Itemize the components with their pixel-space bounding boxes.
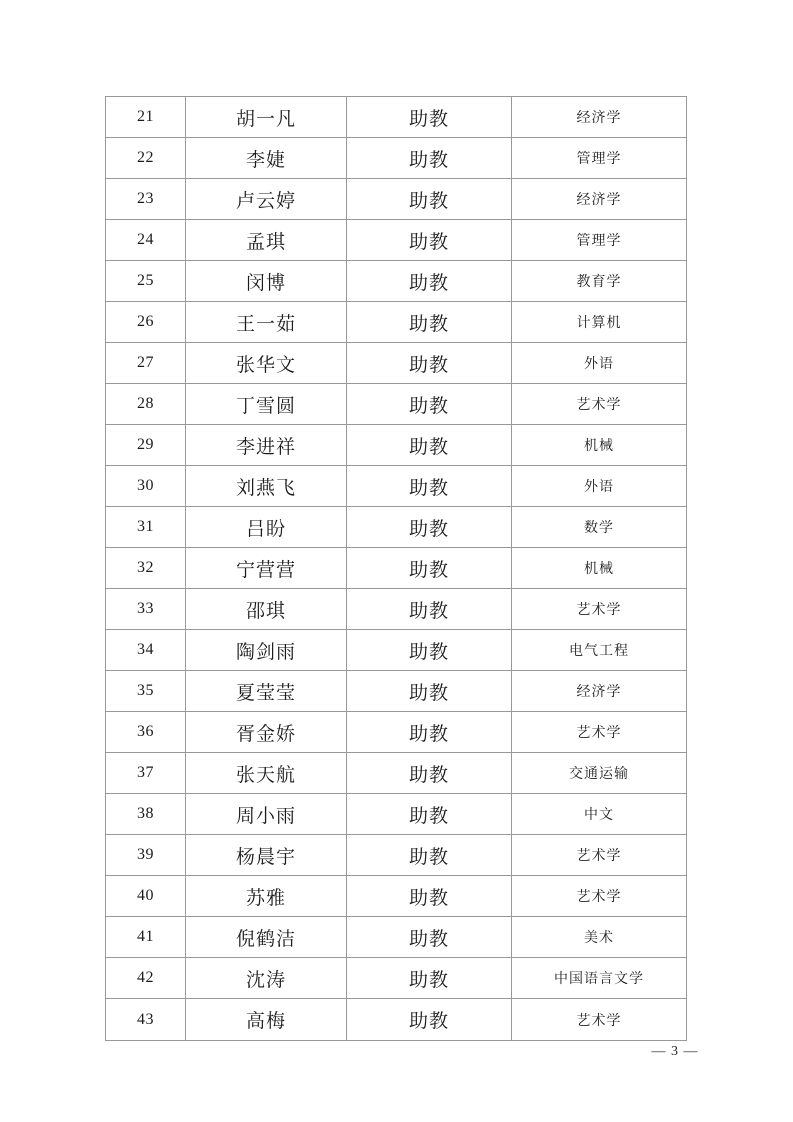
- title-cell: 助教: [347, 302, 512, 343]
- title-cell: 助教: [347, 999, 512, 1040]
- row-number-cell: 39: [106, 835, 186, 876]
- department-cell: 外语: [512, 343, 686, 384]
- name-cell: 吕盼: [186, 507, 347, 548]
- name-cell: 卢云婷: [186, 179, 347, 220]
- name-cell: 杨晨宇: [186, 835, 347, 876]
- name-cell: 夏莹莹: [186, 671, 347, 712]
- department-cell: 艺术学: [512, 999, 686, 1040]
- department-cell: 艺术学: [512, 589, 686, 630]
- title-cell: 助教: [347, 671, 512, 712]
- title-cell: 助教: [347, 794, 512, 835]
- name-cell: 陶剑雨: [186, 630, 347, 671]
- title-cell: 助教: [347, 220, 512, 261]
- personnel-table: 21 胡一凡 助教 经济学 22 李婕 助教 管理学 23 卢云婷 助教 经济学…: [105, 96, 687, 1041]
- row-number-cell: 42: [106, 958, 186, 999]
- title-cell: 助教: [347, 97, 512, 138]
- row-number-cell: 31: [106, 507, 186, 548]
- title-cell: 助教: [347, 343, 512, 384]
- name-cell: 张天航: [186, 753, 347, 794]
- name-cell: 张华文: [186, 343, 347, 384]
- name-cell: 高梅: [186, 999, 347, 1040]
- name-cell: 王一茹: [186, 302, 347, 343]
- title-cell: 助教: [347, 753, 512, 794]
- department-cell: 教育学: [512, 261, 686, 302]
- name-cell: 苏雅: [186, 876, 347, 917]
- name-cell: 刘燕飞: [186, 466, 347, 507]
- title-cell: 助教: [347, 712, 512, 753]
- row-number-cell: 43: [106, 999, 186, 1040]
- title-cell: 助教: [347, 261, 512, 302]
- row-number-cell: 27: [106, 343, 186, 384]
- title-cell: 助教: [347, 917, 512, 958]
- row-number-cell: 38: [106, 794, 186, 835]
- name-cell: 丁雪圆: [186, 384, 347, 425]
- row-number-cell: 30: [106, 466, 186, 507]
- department-cell: 电气工程: [512, 630, 686, 671]
- department-cell: 机械: [512, 425, 686, 466]
- name-cell: 周小雨: [186, 794, 347, 835]
- department-cell: 美术: [512, 917, 686, 958]
- row-number-cell: 25: [106, 261, 186, 302]
- name-cell: 李进祥: [186, 425, 347, 466]
- row-number-cell: 37: [106, 753, 186, 794]
- row-number-cell: 32: [106, 548, 186, 589]
- title-cell: 助教: [347, 548, 512, 589]
- title-cell: 助教: [347, 179, 512, 220]
- name-cell: 沈涛: [186, 958, 347, 999]
- department-cell: 管理学: [512, 138, 686, 179]
- department-cell: 艺术学: [512, 876, 686, 917]
- department-cell: 中国语言文学: [512, 958, 686, 999]
- row-number-cell: 28: [106, 384, 186, 425]
- title-cell: 助教: [347, 958, 512, 999]
- department-cell: 交通运输: [512, 753, 686, 794]
- row-number-cell: 33: [106, 589, 186, 630]
- title-cell: 助教: [347, 589, 512, 630]
- name-cell: 孟琪: [186, 220, 347, 261]
- department-cell: 中文: [512, 794, 686, 835]
- title-cell: 助教: [347, 138, 512, 179]
- row-number-cell: 24: [106, 220, 186, 261]
- row-number-cell: 34: [106, 630, 186, 671]
- department-cell: 机械: [512, 548, 686, 589]
- name-cell: 闵博: [186, 261, 347, 302]
- row-number-cell: 35: [106, 671, 186, 712]
- title-cell: 助教: [347, 630, 512, 671]
- row-number-cell: 23: [106, 179, 186, 220]
- title-cell: 助教: [347, 876, 512, 917]
- row-number-cell: 22: [106, 138, 186, 179]
- title-cell: 助教: [347, 384, 512, 425]
- department-cell: 艺术学: [512, 384, 686, 425]
- department-cell: 数学: [512, 507, 686, 548]
- department-cell: 艺术学: [512, 712, 686, 753]
- page-number: — 3 —: [640, 1044, 710, 1060]
- title-cell: 助教: [347, 507, 512, 548]
- department-cell: 外语: [512, 466, 686, 507]
- row-number-cell: 40: [106, 876, 186, 917]
- department-cell: 经济学: [512, 179, 686, 220]
- name-cell: 邵琪: [186, 589, 347, 630]
- row-number-cell: 21: [106, 97, 186, 138]
- title-cell: 助教: [347, 425, 512, 466]
- name-cell: 胥金娇: [186, 712, 347, 753]
- name-cell: 宁营营: [186, 548, 347, 589]
- row-number-cell: 41: [106, 917, 186, 958]
- department-cell: 计算机: [512, 302, 686, 343]
- department-cell: 管理学: [512, 220, 686, 261]
- document-page: 21 胡一凡 助教 经济学 22 李婕 助教 管理学 23 卢云婷 助教 经济学…: [0, 0, 793, 1122]
- department-cell: 艺术学: [512, 835, 686, 876]
- name-cell: 李婕: [186, 138, 347, 179]
- row-number-cell: 36: [106, 712, 186, 753]
- name-cell: 胡一凡: [186, 97, 347, 138]
- name-cell: 倪鹤洁: [186, 917, 347, 958]
- title-cell: 助教: [347, 466, 512, 507]
- department-cell: 经济学: [512, 97, 686, 138]
- row-number-cell: 29: [106, 425, 186, 466]
- title-cell: 助教: [347, 835, 512, 876]
- row-number-cell: 26: [106, 302, 186, 343]
- department-cell: 经济学: [512, 671, 686, 712]
